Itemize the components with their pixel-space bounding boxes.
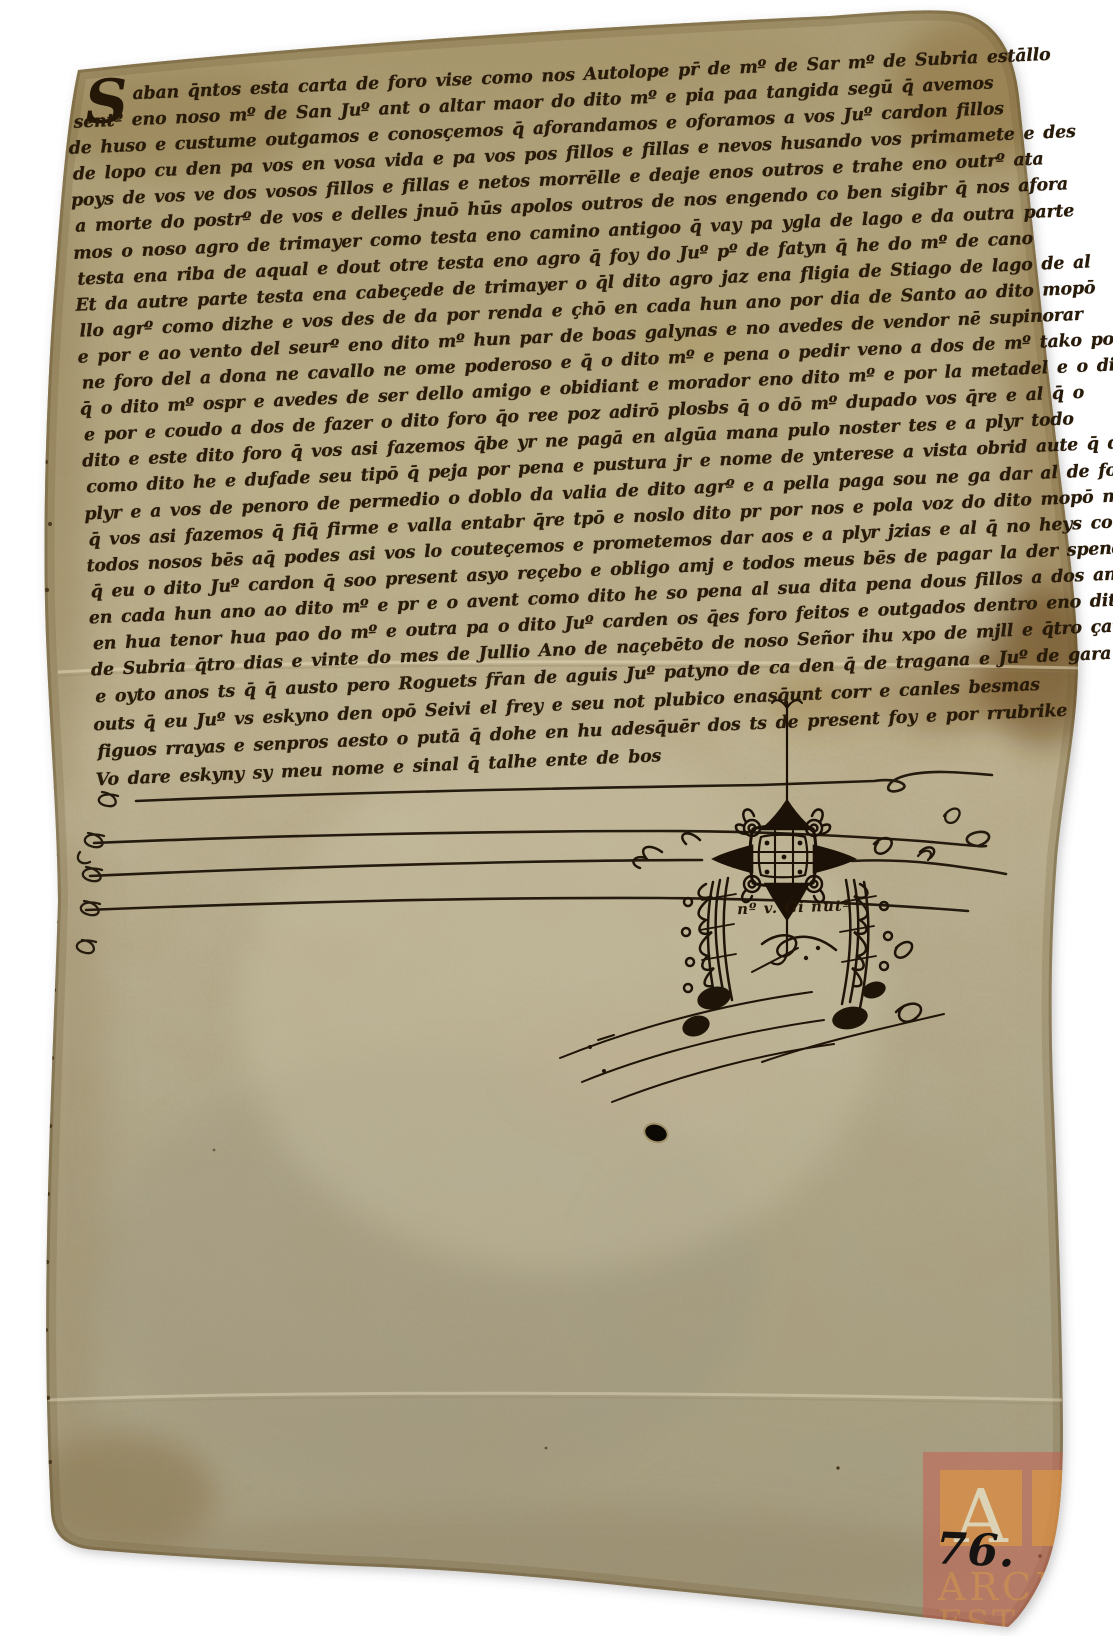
folio-number: 76.	[935, 1526, 1016, 1575]
watermark-letter-2: I	[1058, 1474, 1087, 1560]
watermark-caption-2: EST	[938, 1603, 1018, 1636]
manuscript-lines: aban q̄ntos esta carta de foro vise como…	[66, 43, 1061, 795]
scanned-parchment-page: A I ARCH EST S aban q̄ntos esta carta de…	[0, 0, 1113, 1636]
manuscript-text-block: S aban q̄ntos esta carta de foro vise co…	[66, 43, 1061, 795]
